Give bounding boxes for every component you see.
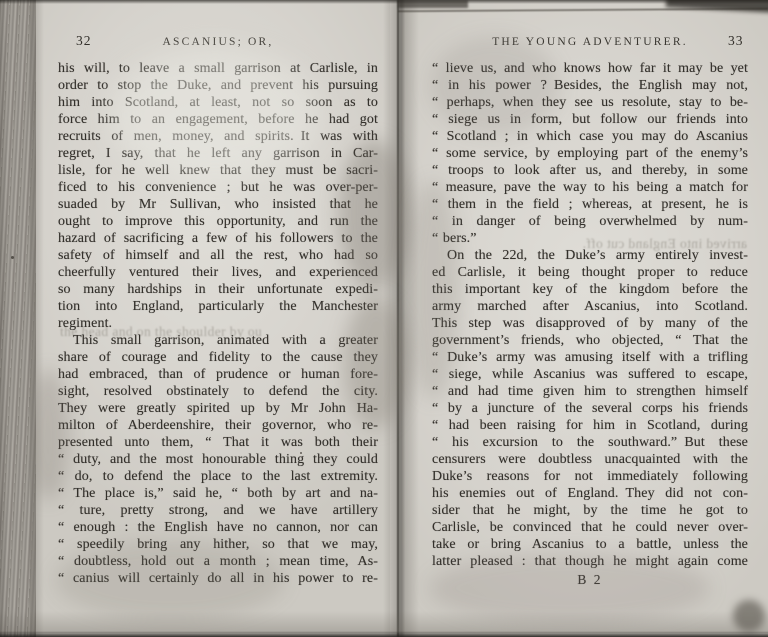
text-line: “ measure, pave the way to his being a m… — [432, 179, 748, 196]
text-line: presented unto them, “ That it was both … — [58, 434, 378, 451]
text-line: his will, to leave a small garrison at C… — [58, 60, 378, 77]
text-line: sider that he might, by the time he got … — [432, 502, 748, 519]
text-line: regiment. — [58, 315, 378, 332]
text-line: Carlisle, be convinced that he could nev… — [432, 519, 748, 536]
text-line: “ his excursion to the southward.” But t… — [432, 434, 748, 451]
text-line: take or bring Ascanius to a battle, unle… — [432, 536, 748, 553]
text-line: “ The place is,” said he, “ both by art … — [58, 485, 378, 502]
text-line: cheerfully ventured their lives, and exp… — [58, 264, 378, 281]
text-line: “ lieve us, and who knows how far it may… — [432, 60, 748, 77]
text-line: sight, resolved obstinately to defend th… — [58, 383, 378, 400]
text-line: latter pleased : that though he might ag… — [432, 553, 748, 570]
text-line: “ bers.” — [432, 230, 748, 247]
text-line: “ them in the field ; whereas, at presen… — [432, 196, 748, 213]
text-line: “ duty, and the most honourable thing th… — [58, 451, 378, 468]
text-line: army marched after Ascanius, into Scotla… — [432, 298, 748, 315]
running-title-left: ASCANIUS; OR, — [58, 36, 378, 48]
text-line: “ siege us in form, but follow our frien… — [432, 111, 748, 128]
text-line: They were greatly spirited up by Mr John… — [58, 400, 378, 417]
text-line: this important key of the kingdom before… — [432, 281, 748, 298]
text-line: “ Duke’s army was amusing itself with a … — [432, 349, 748, 366]
signature-mark: B 2 — [432, 572, 748, 588]
text-line: share of courage and fidelity to the cau… — [58, 349, 378, 366]
text-line: government’s friends, who objected, “ Th… — [432, 332, 748, 349]
text-line: lisle, for he well knew that they must b… — [58, 162, 378, 179]
text-line: suaded by Mr Sullivan, who insisted that… — [58, 196, 378, 213]
text-line: “ canius will certainly do all in his po… — [58, 570, 378, 587]
text-line: “ ture, pretty strong, and we have artil… — [58, 502, 378, 519]
text-line: “ enough : the English have no cannon, n… — [58, 519, 378, 536]
text-line: hazard of sacrificing a few of his follo… — [58, 230, 378, 247]
text-line: ought to improve this opportunity, and r… — [58, 213, 378, 230]
text-line: regret, I say, that he left any garrison… — [58, 145, 378, 162]
text-line: “ some service, by employing part of the… — [432, 145, 748, 162]
text-line: “ had been raising for him in Scotland, … — [432, 417, 748, 434]
text-line: milton of Aberdeenshire, their governor,… — [58, 417, 378, 434]
text-line: “ perhaps, when they see us resolute, st… — [432, 94, 748, 111]
book-scan: the head and on the shoulder by ou arriv… — [0, 0, 768, 637]
text-line: ed Carlisle, it being thought proper to … — [432, 264, 748, 281]
text-line: This step was disapproved of by many of … — [432, 315, 748, 332]
text-line: On the 22d, the Duke’s army entirely inv… — [432, 247, 748, 264]
text-line: “ Scotland ; in which case you may do As… — [432, 128, 748, 145]
text-line: force him to an engagement, before he ha… — [58, 111, 378, 128]
page-edge-stripes — [0, 0, 36, 637]
ink-speck — [11, 256, 14, 259]
page-left-lines: his will, to leave a small garrison at C… — [58, 60, 378, 587]
text-line: recruits of men, money, and spirits. It … — [58, 128, 378, 145]
text-line: This small garrison, animated with a gre… — [58, 332, 378, 349]
text-line: censurers were doubtless unacquainted wi… — [432, 451, 748, 468]
text-line: “ speedily bring any hither, so that we … — [58, 536, 378, 553]
text-line: order to stop the Duke, and prevent his … — [58, 77, 378, 94]
text-line: so many hardships in their unfortunate e… — [58, 281, 378, 298]
text-line: “ do, to defend the place to the last ex… — [58, 468, 378, 485]
text-line: “ in danger of being overwhelmed by num- — [432, 213, 748, 230]
text-line: “ doubtless, hold out a month ; mean tim… — [58, 553, 378, 570]
text-line: his enemies out of England. They did not… — [432, 485, 748, 502]
text-line: “ by a juncture of the several corps his… — [432, 400, 748, 417]
text-line: “ and had time given him to strengthen h… — [432, 383, 748, 400]
text-line: him into Scotland, at least, not so soon… — [58, 94, 378, 111]
text-line: “ troops to look after us, and thereby, … — [432, 162, 748, 179]
running-title-right: THE YOUNG ADVENTURER. — [432, 36, 748, 48]
page-right-lines: “ lieve us, and who knows how far it may… — [432, 60, 748, 570]
text-line: tion into England, particularly the Manc… — [58, 298, 378, 315]
text-line: “ in his power ? Besides, the English ma… — [432, 77, 748, 94]
text-line: safety of himself and all the rest, who … — [58, 247, 378, 264]
gutter-line — [397, 0, 399, 637]
text-line: “ siege, while Ascanius was suffered to … — [432, 366, 748, 383]
text-line: had embraced, than of prudence or human … — [58, 366, 378, 383]
text-line: Duke’s reasons for not immediately follo… — [432, 468, 748, 485]
text-line: ficed to his convenience ; but he was ov… — [58, 179, 378, 196]
page-number-right: 33 — [728, 33, 744, 49]
